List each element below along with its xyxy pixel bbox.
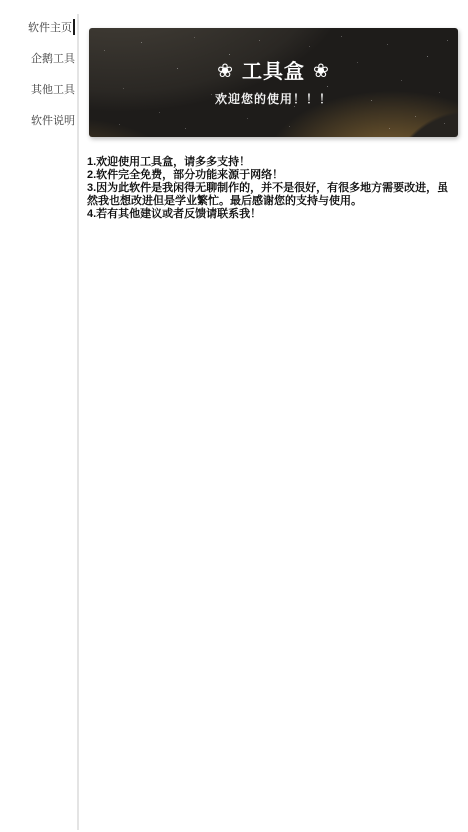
note-line-1: 1.欢迎使用工具盒，请多多支持！	[87, 156, 459, 169]
sidebar-item-other-tools-label: 其他工具	[31, 84, 75, 96]
sidebar-item-about[interactable]: 软件说明	[0, 106, 78, 137]
notes-block: 1.欢迎使用工具盒，请多多支持！ 2.软件完全免费，部分功能来源于网络！ 3.因…	[87, 156, 459, 221]
note-line-4: 4.若有其他建议或者反馈请联系我！	[87, 208, 459, 221]
banner: ❀ 工具盒 ❀ 欢迎您的使用！！！	[89, 28, 458, 137]
flower-icon: ❀	[217, 59, 234, 85]
note-line-3: 3.因为此软件是我闲得无聊制作的，并不是很好，有很多地方需要改进，虽然我也想改进…	[87, 182, 459, 208]
banner-title: ❀ 工具盒 ❀	[217, 59, 330, 85]
note-line-2: 2.软件完全免费，部分功能来源于网络！	[87, 169, 459, 182]
main-content: ❀ 工具盒 ❀ 欢迎您的使用！！！ 1.欢迎使用工具盒，请多多支持！ 2.软件完…	[78, 0, 468, 832]
active-item-caret	[73, 19, 75, 35]
sidebar: 软件主页 企鹅工具 其他工具 软件说明	[0, 0, 78, 832]
flower-icon: ❀	[313, 59, 330, 85]
banner-subtitle: 欢迎您的使用！！！	[215, 90, 332, 107]
sidebar-item-other-tools[interactable]: 其他工具	[0, 75, 78, 106]
sidebar-item-about-label: 软件说明	[31, 115, 75, 127]
sidebar-item-home[interactable]: 软件主页	[0, 13, 78, 44]
sidebar-item-home-label: 软件主页	[28, 22, 72, 34]
sidebar-item-qq-tools-label: 企鹅工具	[31, 53, 75, 65]
sidebar-item-qq-tools[interactable]: 企鹅工具	[0, 44, 78, 75]
app-title: 工具盒	[242, 59, 305, 85]
